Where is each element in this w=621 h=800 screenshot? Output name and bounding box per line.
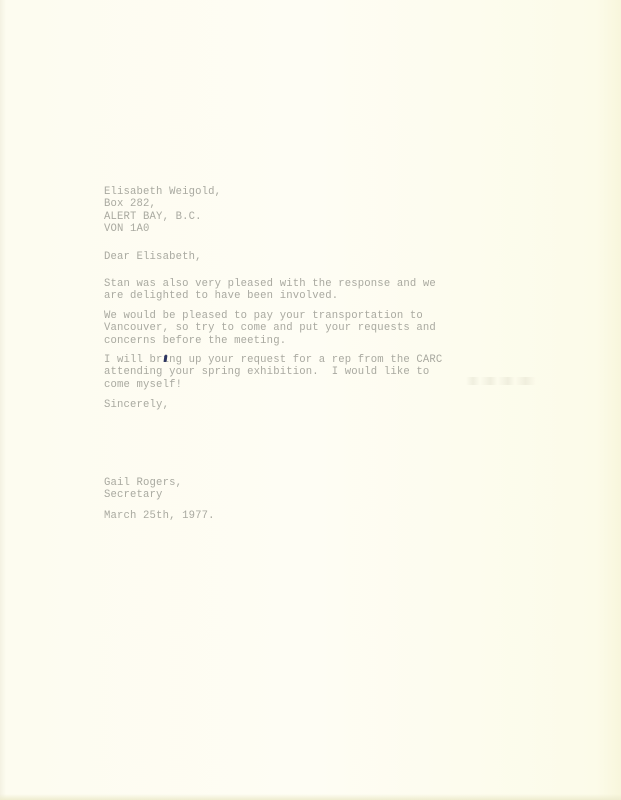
recipient-box: Box 282, [104,198,504,210]
recipient-address: Elisabeth Weigold, Box 282, ALERT BAY, B… [104,186,504,236]
signature-title: Secretary [104,489,504,501]
signature-block: Gail Rogers, Secretary [104,477,504,502]
recipient-postal-code: VON 1A0 [104,223,504,235]
recipient-city: ALERT BAY, B.C. [104,211,504,223]
paragraph-line: come myself! [104,379,504,391]
date-text: March 25th, 1977. [104,510,504,522]
paragraph-line: attending your spring exhibition. I woul… [104,366,504,378]
salutation: Dear Elisabeth, [104,251,504,263]
letter-date: March 25th, 1977. [104,510,504,522]
signature-name: Gail Rogers, [104,477,504,489]
letter-body: Elisabeth Weigold, Box 282, ALERT BAY, B… [104,186,504,522]
closing: Sincerely, [104,399,504,411]
paragraph-2: We would be pleased to pay your transpor… [104,310,504,347]
paragraph-line: Vancouver, so try to come and put your r… [104,322,504,334]
paragraph-1: Stan was also very pleased with the resp… [104,278,504,303]
closing-text: Sincerely, [104,399,504,411]
letter-page: Elisabeth Weigold, Box 282, ALERT BAY, B… [0,0,621,800]
paragraph-line: are delighted to have been involved. [104,290,504,302]
recipient-name: Elisabeth Weigold, [104,186,504,198]
faint-pencil-annotation [466,377,536,385]
salutation-text: Dear Elisabeth, [104,251,504,263]
paragraph-line: Stan was also very pleased with the resp… [104,278,504,290]
paragraph-line: concerns before the meeting. [104,335,504,347]
paragraph-line: We would be pleased to pay your transpor… [104,310,504,322]
